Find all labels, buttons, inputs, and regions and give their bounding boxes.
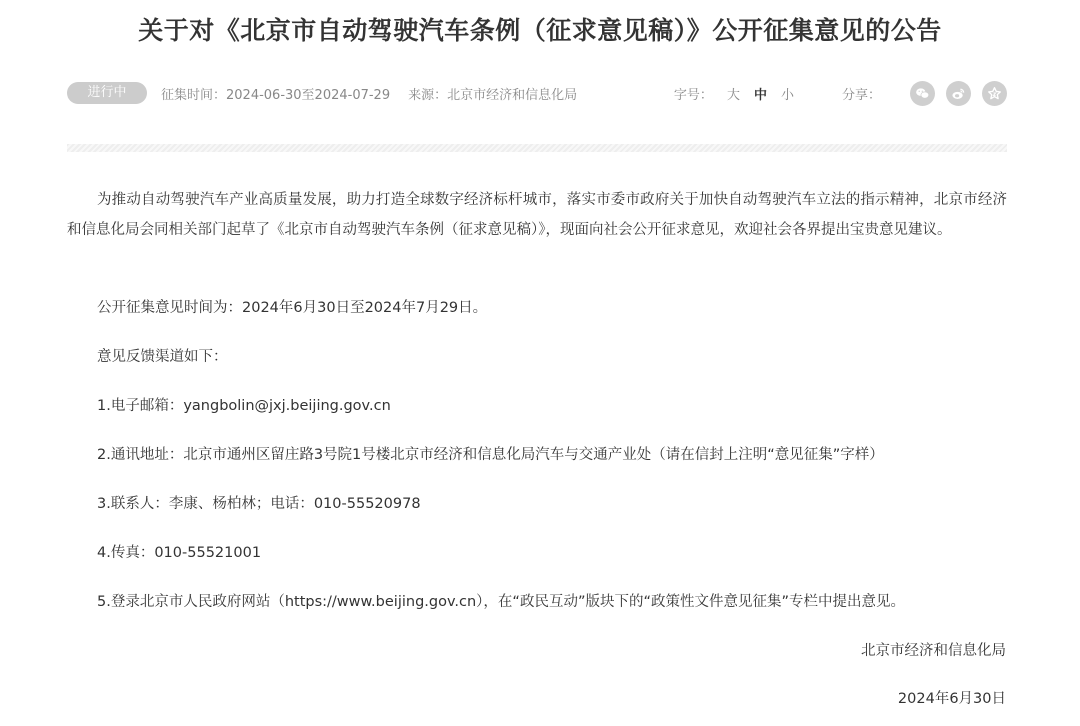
page-title: 关于对《北京市自动驾驶汽车条例（征求意见稿）》公开征集意见的公告 [0, 14, 1080, 48]
meta-bar: 进行中 征集时间：2024-06-30至2024-07-29 来源：北京市经济和… [67, 81, 1007, 105]
signature-org: 北京市经济和信息化局 [861, 641, 1006, 661]
share-label: 分享： [842, 84, 881, 103]
status-badge: 进行中 [67, 82, 147, 104]
channel-address: 2.通讯地址：北京市通州区留庄路3号院1号楼北京市经济和信息化局汽车与交通产业处… [97, 445, 884, 465]
channel-contact: 3.联系人：李康、杨柏林；电话：010-55520978 [97, 494, 421, 514]
font-size-medium[interactable]: 中 [754, 84, 767, 103]
share-wechat-button[interactable] [910, 81, 935, 106]
collection-period: 征集时间：2024-06-30至2024-07-29 [161, 84, 390, 103]
wechat-icon [915, 86, 930, 101]
font-size-label: 字号： [674, 84, 713, 103]
channel-fax: 4.传真：010-55521001 [97, 543, 261, 563]
font-size-small[interactable]: 小 [781, 84, 794, 103]
intro-paragraph: 为推动自动驾驶汽车产业高质量发展，助力打造全球数字经济标杆城市，落实市委市政府关… [67, 185, 1007, 245]
source: 来源：北京市经济和信息化局 [408, 84, 577, 103]
share-weibo-button[interactable] [946, 81, 971, 106]
meta-tools: 字号： 大 中 小 分享： [674, 81, 1007, 106]
channel-email: 1.电子邮箱：yangbolin@jxj.beijing.gov.cn [97, 396, 391, 416]
share-favorite-button[interactable] [982, 81, 1007, 106]
article-body: 为推动自动驾驶汽车产业高质量发展，助力打造全球数字经济标杆城市，落实市委市政府关… [67, 185, 1007, 245]
font-size-large[interactable]: 大 [727, 84, 740, 103]
channel-website: 5.登录北京市人民政府网站（https://www.beijing.gov.cn… [97, 592, 905, 612]
favorite-icon [987, 86, 1002, 101]
weibo-icon [951, 86, 966, 101]
channels-heading: 意见反馈渠道如下： [97, 347, 228, 367]
divider [67, 144, 1007, 152]
period-text: 公开征集意见时间为：2024年6月30日至2024年7月29日。 [97, 298, 487, 318]
signature-date: 2024年6月30日 [898, 689, 1006, 709]
